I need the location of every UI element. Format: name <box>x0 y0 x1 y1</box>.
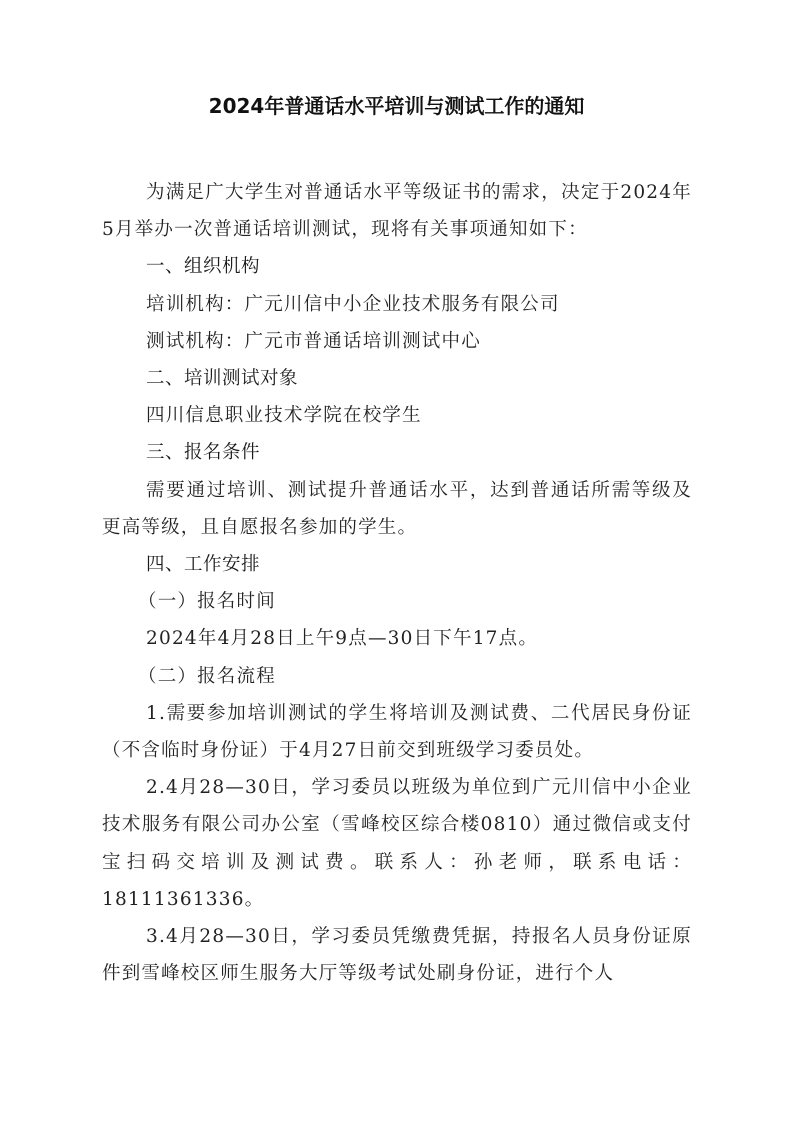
target-audience: 四川信息职业技术学院在校学生 <box>102 397 692 434</box>
document-title: 2024年普通话水平培训与测试工作的通知 <box>0 92 793 120</box>
section-heading-organization: 一、组织机构 <box>102 248 692 285</box>
process-step-2: 2.4月28—30日，学习委员以班级为单位到广元川信中小企业技术服务有限公司办公… <box>102 769 692 918</box>
process-step-3: 3.4月28—30日，学习委员凭缴费凭据，持报名人员身份证原件到雪峰校区师生服务… <box>102 918 692 992</box>
section-heading-conditions: 三、报名条件 <box>102 434 692 471</box>
process-step-1: 1.需要参加培训测试的学生将培训及测试费、二代居民身份证（不含临时身份证）于4月… <box>102 695 692 769</box>
subsection-heading-registration-time: （一）报名时间 <box>102 583 692 620</box>
conditions-paragraph: 需要通过培训、测试提升普通话水平，达到普通话所需等级及更高等级，且自愿报名参加的… <box>102 472 692 546</box>
training-institution: 培训机构：广元川信中小企业技术服务有限公司 <box>102 286 692 323</box>
registration-time: 2024年4月28日上午9点—30日下午17点。 <box>102 620 692 657</box>
subsection-heading-registration-process: （二）报名流程 <box>102 658 692 695</box>
intro-paragraph: 为满足广大学生对普通话水平等级证书的需求，决定于2024年5月举办一次普通话培训… <box>102 174 692 248</box>
document-body: 为满足广大学生对普通话水平等级证书的需求，决定于2024年5月举办一次普通话培训… <box>102 174 692 992</box>
testing-institution: 测试机构：广元市普通话培训测试中心 <box>102 323 692 360</box>
section-heading-arrangements: 四、工作安排 <box>102 546 692 583</box>
section-heading-target: 二、培训测试对象 <box>102 360 692 397</box>
document-page: 2024年普通话水平培训与测试工作的通知 为满足广大学生对普通话水平等级证书的需… <box>0 0 793 1122</box>
